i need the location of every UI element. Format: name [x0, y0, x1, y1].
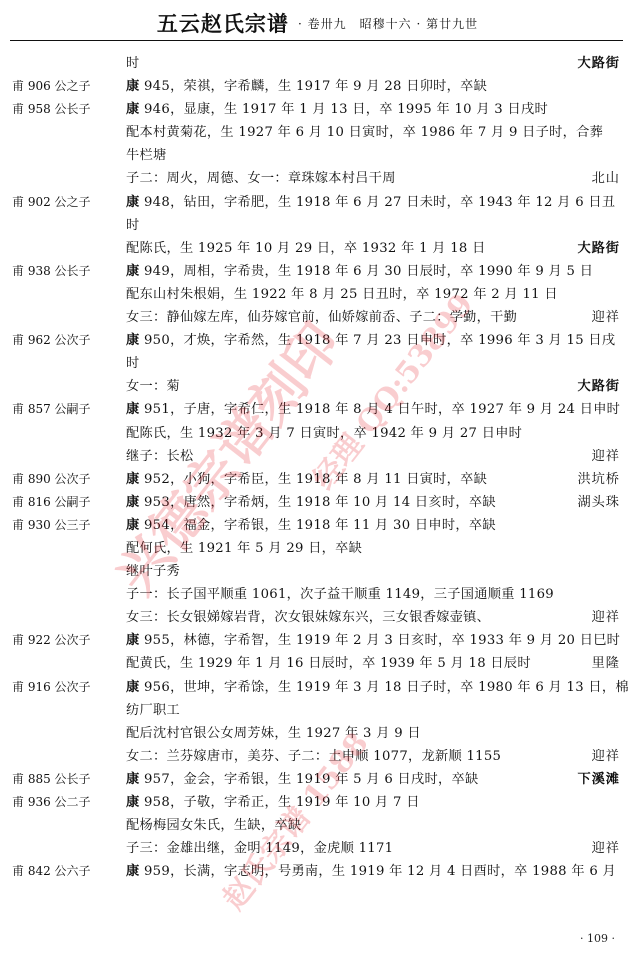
residence-location: 迎祥 [592, 745, 620, 768]
entry-body: 配陈氏，生 1932 年 3 月 7 日寅时，卒 1942 年 9 月 27 日… [126, 426, 522, 441]
entry-body: 继叶子秀 [126, 564, 180, 579]
residence-location: 下溪滩 [577, 768, 620, 791]
entry-continuation-row: 子一：长子国平顺重 1061，次子益干顺重 1149，三子国通顺重 1169 [0, 583, 635, 606]
entry-continuation-row: 配东山村朱根娟，生 1922 年 8 月 25 日丑时，卒 1972 年 2 月… [0, 283, 635, 306]
parent-reference: 甫 906 公之子 [12, 75, 91, 98]
entry-continuation-row: 配后沈村官银公女周芳妹，生 1927 年 3 月 9 日 [0, 722, 635, 745]
entry-text: 配东山村朱根娟，生 1922 年 8 月 25 日丑时，卒 1972 年 2 月… [126, 283, 558, 306]
residence-location: 迎祥 [592, 445, 620, 468]
entry-text: 康 955，林德，字希智，生 1919 年 2 月 3 日亥时，卒 1933 年… [126, 629, 620, 652]
entry-text: 康 950，才焕，字希然，生 1918 年 7 月 23 日申时，卒 1996 … [126, 329, 615, 352]
entry-body: 配陈氏，生 1925 年 10 月 29 日，卒 1932 年 1 月 18 日 [126, 241, 486, 256]
entry-body: 958，子敬，字希正，生 1919 年 10 月 7 日 [140, 795, 420, 810]
parent-reference: 甫 816 公嗣子 [12, 491, 91, 514]
entry-continuation-row: 继叶子秀 [0, 560, 635, 583]
entry-body: 946，显康，生 1917 年 1 月 13 日，卒 1995 年 10 月 3… [140, 102, 548, 117]
entry-body: 953，唐然，字希炳，生 1918 年 10 月 14 日亥时，卒缺 [140, 495, 496, 510]
entry-body: 时 [126, 218, 140, 233]
header-divider [10, 40, 623, 41]
entry-row: 甫 938 公长子康 949，周相，字希贵，生 1918 年 6 月 30 日辰… [0, 260, 635, 283]
entry-text: 康 946，显康，生 1917 年 1 月 13 日，卒 1995 年 10 月… [126, 98, 548, 121]
entry-row: 甫 906 公之子康 945，荣祺，字希麟，生 1917 年 9 月 28 日卯… [0, 75, 635, 98]
entry-body: 956，世坤，字希馀，生 1919 年 3 月 18 日子时，卒 1980 年 … [140, 680, 629, 695]
residence-location: 迎祥 [592, 606, 620, 629]
page-number: · 109 · [580, 932, 615, 945]
genealogy-entries: 时大路街甫 906 公之子康 945，荣祺，字希麟，生 1917 年 9 月 2… [0, 52, 635, 883]
page-header: 五云赵氏宗谱 · 卷卅九 昭穆十六 · 第廿九世 [0, 8, 635, 40]
entry-body: 女三：静仙嫁左库，仙芬嫁官前，仙娇嫁前岙、子二：学勤，干勤 [126, 310, 517, 325]
entry-continuation-row: 配杨梅园女朱氏，生缺，卒缺 [0, 814, 635, 837]
entry-text: 康 948，钻田，字希肥，生 1918 年 6 月 27 日未时，卒 1943 … [126, 191, 615, 214]
entry-text: 配本村黄菊花，生 1927 年 6 月 10 日寅时，卒 1986 年 7 月 … [126, 121, 603, 144]
entry-row: 甫 842 公六子康 959，长满，字志明，号勇南，生 1919 年 12 月 … [0, 860, 635, 883]
entry-body: 配何氏，生 1921 年 5 月 29 日，卒缺 [126, 541, 362, 556]
parent-reference: 甫 936 公二子 [12, 791, 91, 814]
entry-text: 康 956，世坤，字希馀，生 1919 年 3 月 18 日子时，卒 1980 … [126, 676, 629, 699]
entry-text: 康 951，子唐，字希仁，生 1918 年 8 月 4 日午时，卒 1927 年… [126, 398, 620, 421]
entry-row: 甫 916 公次子康 956，世坤，字希馀，生 1919 年 3 月 18 日子… [0, 676, 635, 699]
generation-character: 康 [126, 264, 140, 279]
entry-row: 甫 816 公嗣子康 953，唐然，字希炳，生 1918 年 10 月 14 日… [0, 491, 635, 514]
parent-reference: 甫 922 公次子 [12, 629, 91, 652]
entry-text: 时 [126, 52, 140, 75]
entry-text: 女一：菊 [126, 375, 180, 398]
entry-text: 子三：金雄出继，金明 1149，金虎顺 1171 [126, 837, 393, 860]
entry-body: 配杨梅园女朱氏，生缺，卒缺 [126, 818, 301, 833]
entry-body: 952，小狗，字希臣，生 1918 年 8 月 11 日寅时，卒缺 [140, 472, 488, 487]
entry-text: 配陈氏，生 1932 年 3 月 7 日寅时，卒 1942 年 9 月 27 日… [126, 422, 522, 445]
residence-location: 大路街 [577, 237, 620, 260]
entry-text: 子一：长子国平顺重 1061，次子益干顺重 1149，三子国通顺重 1169 [126, 583, 554, 606]
entry-body: 女二：兰芬嫁唐市，美芬、子二：土申顺 1077，龙新顺 1155 [126, 749, 501, 764]
entry-text: 康 953，唐然，字希炳，生 1918 年 10 月 14 日亥时，卒缺 [126, 491, 496, 514]
entry-body: 继子：长松 [126, 449, 193, 464]
parent-reference: 甫 938 公长子 [12, 260, 91, 283]
generation-character: 康 [126, 680, 140, 695]
entry-body: 配本村黄菊花，生 1927 年 6 月 10 日寅时，卒 1986 年 7 月 … [126, 125, 603, 140]
entry-continuation-row: 纺厂职工 [0, 699, 635, 722]
generation-character: 康 [126, 102, 140, 117]
entry-body: 子三：金雄出继，金明 1149，金虎顺 1171 [126, 841, 393, 856]
entry-body: 纺厂职工 [126, 703, 180, 718]
entry-body: 牛栏塘 [126, 148, 166, 163]
entry-body: 954，福金，字希银，生 1918 年 11 月 30 日申时，卒缺 [140, 518, 496, 533]
entry-continuation-row: 时 [0, 352, 635, 375]
entry-text: 配陈氏，生 1925 年 10 月 29 日，卒 1932 年 1 月 18 日 [126, 237, 486, 260]
entry-text: 继子：长松 [126, 445, 193, 468]
residence-location: 迎祥 [592, 837, 620, 860]
generation-character: 康 [126, 79, 140, 94]
entry-continuation-row: 女一：菊大路街 [0, 375, 635, 398]
entry-text: 时 [126, 214, 140, 237]
entry-text: 康 952，小狗，字希臣，生 1918 年 8 月 11 日寅时，卒缺 [126, 468, 487, 491]
entry-body: 子二：周火，周德、女一：章珠嫁本村吕干周 [126, 171, 396, 186]
entry-continuation-row: 女二：兰芬嫁唐市，美芬、子二：土申顺 1077，龙新顺 1155迎祥 [0, 745, 635, 768]
entry-text: 配杨梅园女朱氏，生缺，卒缺 [126, 814, 301, 837]
entry-text: 康 957，金会，字希银，生 1919 年 5 月 6 日戌时，卒缺 [126, 768, 478, 791]
entry-continuation-row: 子二：周火，周德、女一：章珠嫁本村吕干周北山 [0, 167, 635, 190]
generation-character: 康 [126, 495, 140, 510]
entry-continuation-row: 配本村黄菊花，生 1927 年 6 月 10 日寅时，卒 1986 年 7 月 … [0, 121, 635, 144]
entry-row: 甫 885 公长子康 957，金会，字希银，生 1919 年 5 月 6 日戌时… [0, 768, 635, 791]
residence-location: 洪坑桥 [577, 468, 620, 491]
entry-row: 甫 857 公嗣子康 951，子唐，字希仁，生 1918 年 8 月 4 日午时… [0, 398, 635, 421]
entry-body: 948，钻田，字希肥，生 1918 年 6 月 27 日未时，卒 1943 年 … [140, 195, 616, 210]
generation-character: 康 [126, 864, 140, 879]
entry-body: 945，荣祺，字希麟，生 1917 年 9 月 28 日卯时，卒缺 [140, 79, 488, 94]
entry-continuation-row: 配陈氏，生 1932 年 3 月 7 日寅时，卒 1942 年 9 月 27 日… [0, 422, 635, 445]
generation-character: 康 [126, 633, 140, 648]
parent-reference: 甫 962 公次子 [12, 329, 91, 352]
entry-text: 康 949，周相，字希贵，生 1918 年 6 月 30 日辰时，卒 1990 … [126, 260, 593, 283]
generation-character: 康 [126, 402, 140, 417]
entry-text: 时 [126, 352, 140, 375]
parent-reference: 甫 857 公嗣子 [12, 398, 91, 421]
entry-text: 康 959，长满，字志明，号勇南，生 1919 年 12 月 4 日酉时，卒 1… [126, 860, 616, 883]
entry-text: 纺厂职工 [126, 699, 180, 722]
entry-text: 子二：周火，周德、女一：章珠嫁本村吕干周 [126, 167, 396, 190]
entry-row: 甫 902 公之子康 948，钻田，字希肥，生 1918 年 6 月 27 日未… [0, 191, 635, 214]
residence-location: 大路街 [577, 375, 620, 398]
entry-continuation-row: 时 [0, 214, 635, 237]
entry-row: 甫 958 公长子康 946，显康，生 1917 年 1 月 13 日，卒 19… [0, 98, 635, 121]
parent-reference: 甫 890 公次子 [12, 468, 91, 491]
residence-location: 北山 [592, 167, 620, 190]
residence-location: 里隆 [592, 652, 620, 675]
entry-text: 康 954，福金，字希银，生 1918 年 11 月 30 日申时，卒缺 [126, 514, 496, 537]
generation-character: 康 [126, 333, 140, 348]
entry-row: 甫 922 公次子康 955，林德，字希智，生 1919 年 2 月 3 日亥时… [0, 629, 635, 652]
entry-text: 继叶子秀 [126, 560, 180, 583]
parent-reference: 甫 842 公六子 [12, 860, 91, 883]
entry-row: 甫 936 公二子康 958，子敬，字希正，生 1919 年 10 月 7 日 [0, 791, 635, 814]
entry-text: 配黄氏，生 1929 年 1 月 16 日辰时，卒 1939 年 5 月 18 … [126, 652, 531, 675]
entry-body: 时 [126, 356, 140, 371]
entry-continuation-row: 配何氏，生 1921 年 5 月 29 日，卒缺 [0, 537, 635, 560]
entry-row: 甫 962 公次子康 950，才焕，字希然，生 1918 年 7 月 23 日申… [0, 329, 635, 352]
entry-text: 康 958，子敬，字希正，生 1919 年 10 月 7 日 [126, 791, 420, 814]
generation-character: 康 [126, 795, 140, 810]
entry-text: 女三：长女银娣嫁岩背，次女银妹嫁东兴，三女银香嫁壶镇、 [126, 606, 490, 629]
residence-location: 大路街 [577, 52, 620, 75]
parent-reference: 甫 902 公之子 [12, 191, 91, 214]
volume-generation-label: · 卷卅九 昭穆十六 · 第廿九世 [298, 15, 478, 32]
entry-text: 女二：兰芬嫁唐市，美芬、子二：土申顺 1077，龙新顺 1155 [126, 745, 501, 768]
entry-body: 配后沈村官银公女周芳妹，生 1927 年 3 月 9 日 [126, 726, 421, 741]
entry-text: 配何氏，生 1921 年 5 月 29 日，卒缺 [126, 537, 362, 560]
residence-location: 湖头珠 [577, 491, 620, 514]
generation-character: 康 [126, 472, 140, 487]
entry-body: 957，金会，字希银，生 1919 年 5 月 6 日戌时，卒缺 [140, 772, 479, 787]
entry-row: 甫 930 公三子康 954，福金，字希银，生 1918 年 11 月 30 日… [0, 514, 635, 537]
entry-row: 甫 890 公次子康 952，小狗，字希臣，生 1918 年 8 月 11 日寅… [0, 468, 635, 491]
entry-body: 配黄氏，生 1929 年 1 月 16 日辰时，卒 1939 年 5 月 18 … [126, 656, 531, 671]
entry-continuation-row: 女三：静仙嫁左库，仙芬嫁官前，仙娇嫁前岙、子二：学勤，干勤迎祥 [0, 306, 635, 329]
entry-body: 950，才焕，字希然，生 1918 年 7 月 23 日申时，卒 1996 年 … [140, 333, 616, 348]
entry-body: 951，子唐，字希仁，生 1918 年 8 月 4 日午时，卒 1927 年 9… [140, 402, 621, 417]
parent-reference: 甫 916 公次子 [12, 676, 91, 699]
entry-text: 配后沈村官银公女周芳妹，生 1927 年 3 月 9 日 [126, 722, 421, 745]
entry-continuation-row: 配黄氏，生 1929 年 1 月 16 日辰时，卒 1939 年 5 月 18 … [0, 652, 635, 675]
residence-location: 迎祥 [592, 306, 620, 329]
entry-text: 康 945，荣祺，字希麟，生 1917 年 9 月 28 日卯时，卒缺 [126, 75, 487, 98]
generation-character: 康 [126, 195, 140, 210]
entry-text: 女三：静仙嫁左库，仙芬嫁官前，仙娇嫁前岙、子二：学勤，干勤 [126, 306, 517, 329]
entry-body: 女一：菊 [126, 379, 180, 394]
entry-body: 949，周相，字希贵，生 1918 年 6 月 30 日辰时，卒 1990 年 … [140, 264, 594, 279]
generation-character: 康 [126, 772, 140, 787]
entry-continuation-row: 继子：长松迎祥 [0, 445, 635, 468]
book-title: 五云赵氏宗谱 [157, 8, 289, 38]
entry-body: 959，长满，字志明，号勇南，生 1919 年 12 月 4 日酉时，卒 198… [140, 864, 617, 879]
entry-body: 女三：长女银娣嫁岩背，次女银妹嫁东兴，三女银香嫁壶镇、 [126, 610, 490, 625]
entry-body: 955，林德，字希智，生 1919 年 2 月 3 日亥时，卒 1933 年 9… [140, 633, 621, 648]
entry-continuation-row: 牛栏塘 [0, 144, 635, 167]
entry-continuation-row: 女三：长女银娣嫁岩背，次女银妹嫁东兴，三女银香嫁壶镇、迎祥 [0, 606, 635, 629]
entry-continuation-row: 子三：金雄出继，金明 1149，金虎顺 1171迎祥 [0, 837, 635, 860]
parent-reference: 甫 958 公长子 [12, 98, 91, 121]
parent-reference: 甫 885 公长子 [12, 768, 91, 791]
parent-reference: 甫 930 公三子 [12, 514, 91, 537]
entry-body: 时 [126, 56, 140, 71]
entry-text: 牛栏塘 [126, 144, 166, 167]
entry-body: 配东山村朱根娟，生 1922 年 8 月 25 日丑时，卒 1972 年 2 月… [126, 287, 558, 302]
entry-continuation-row: 时大路街 [0, 52, 635, 75]
entry-continuation-row: 配陈氏，生 1925 年 10 月 29 日，卒 1932 年 1 月 18 日… [0, 237, 635, 260]
generation-character: 康 [126, 518, 140, 533]
entry-body: 子一：长子国平顺重 1061，次子益干顺重 1149，三子国通顺重 1169 [126, 587, 554, 602]
